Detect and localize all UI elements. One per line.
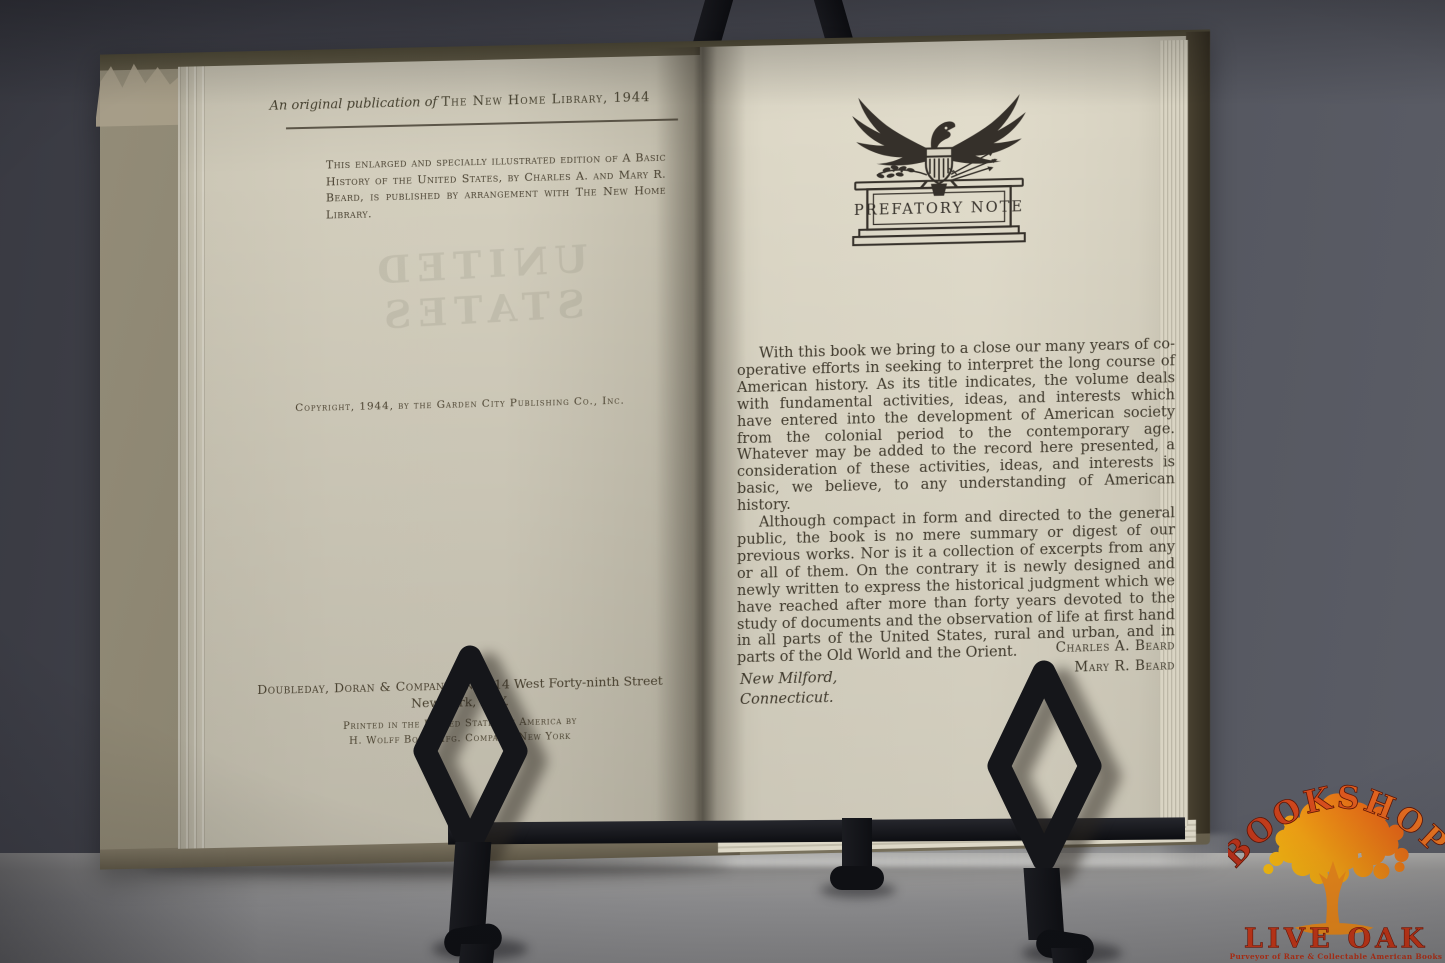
easel-left-holder-diamond xyxy=(410,645,560,875)
easel-left-foot-tip xyxy=(459,944,495,963)
place-state: Connecticut. xyxy=(740,688,837,710)
live-oak-title: LIVE OAK xyxy=(1244,923,1428,955)
right-holder-frame xyxy=(984,660,1104,872)
place-town: New Milford, xyxy=(740,669,837,691)
prefatory-note-plaque-title: PREFATORY NOTE xyxy=(854,198,1024,219)
bookshop-logo-graphic: BOOKSHOP LIVE OAK Purveyor of Rare & Col… xyxy=(1228,768,1445,963)
photo-of-open-book: UNITED STATES An original publication of… xyxy=(0,0,1445,963)
book-gutter-shadow xyxy=(656,46,746,840)
prefatory-paragraph-1: With this book we bring to a close our m… xyxy=(737,336,1175,515)
easel-right-leg xyxy=(1023,868,1064,940)
bookshop-live-oak-watermark: BOOKSHOP LIVE OAK Purveyor of Rare & Col… xyxy=(1228,768,1445,963)
left-page-edge-stack xyxy=(178,66,208,849)
easel-right-holder-diamond xyxy=(984,660,1134,890)
edition-note: This enlarged and specially illustrated … xyxy=(326,150,666,224)
easel-right-foot-tip xyxy=(1051,948,1087,963)
prefatory-note-body: With this book we bring to a close our m… xyxy=(737,336,1175,667)
eagle-emblem: PREFATORY NOTE xyxy=(828,87,1050,256)
bookshop-tagline: Purveyor of Rare & Collectable American … xyxy=(1230,952,1443,961)
left-holder-frame xyxy=(410,645,530,857)
easel-center-foot xyxy=(830,866,884,890)
place-line: New Milford, Connecticut. xyxy=(740,669,837,710)
book-cover-right-edge xyxy=(1186,31,1210,834)
eagle-pedestal-illustration: PREFATORY NOTE xyxy=(828,87,1050,256)
